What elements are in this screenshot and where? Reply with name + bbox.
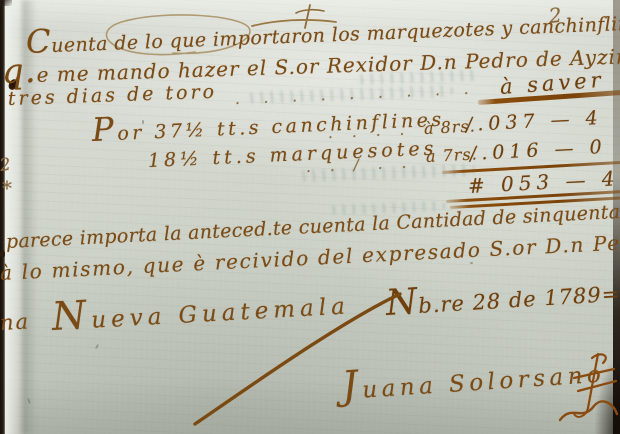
place-fragment: na — [0, 310, 31, 334]
manuscript-photo: 2 Cuenta de lo que importaron los marque… — [0, 0, 620, 434]
account-row2-amount: ∕.016 — 0 — [469, 138, 607, 165]
margin-mark: 2 — [0, 157, 12, 176]
date-flourish-stroke — [150, 280, 420, 434]
paper-speck — [95, 344, 99, 349]
account-row1-amount: ∕.037 — 4 — [465, 109, 603, 136]
ink-blot-small — [0, 250, 5, 258]
margin-mark-star: * — [2, 178, 12, 199]
paper-speck — [470, 262, 473, 264]
signature-rubric — [556, 348, 620, 432]
date-line: Nb.re 28 de 1789= — [385, 277, 620, 319]
top-left-corner-speck — [0, 0, 12, 6]
line-opening-3: tres dias de toro — [8, 83, 218, 110]
